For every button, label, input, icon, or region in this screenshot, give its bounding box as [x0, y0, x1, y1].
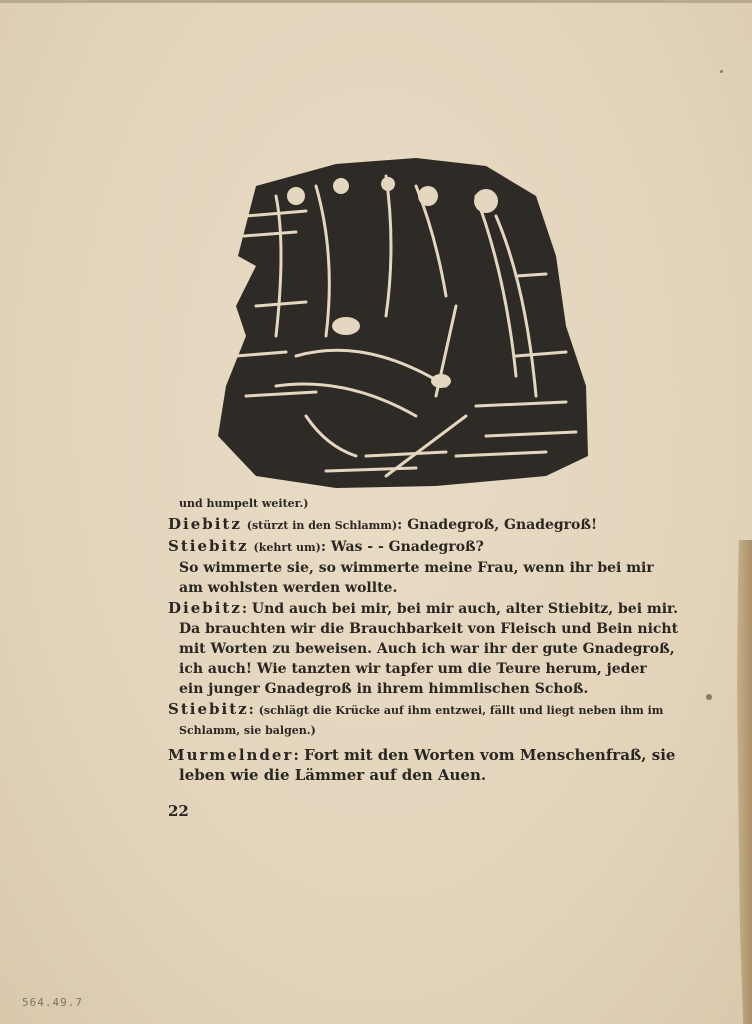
speech: : Gnadegroß, Gnadegroß! [397, 517, 597, 533]
speech-continuation: leben wie die Lämmer auf den Auen. [168, 765, 650, 785]
dialogue-line: Diebitz (stürzt in den Schlamm): Gnadegr… [168, 514, 650, 536]
page-top-edge [0, 0, 752, 3]
dialogue-line: Diebitz: Und auch bei mir, bei mir auch,… [168, 598, 650, 619]
woodcut-illustration [216, 156, 596, 494]
speech-continuation: Da brauchten wir die Brauchbarkeit von F… [168, 619, 650, 639]
speech: : Fort mit den Worten vom Menschenfraß, … [293, 746, 675, 764]
speech-continuation: ich auch! Wie tanzten wir tapfer um die … [168, 659, 650, 679]
speech-continuation: ein junger Gnadegroß in ihrem himmlische… [168, 679, 650, 699]
speech: : [249, 702, 254, 718]
speech: : Und auch bei mir, bei mir auch, alter … [242, 601, 678, 617]
foxing-spot [706, 694, 712, 700]
speaker-name: Murmelnder [168, 746, 293, 764]
stage-direction: Schlamm, sie balgen.) [168, 721, 650, 741]
torn-page-edge [730, 540, 752, 1024]
speech-continuation: So wimmerte sie, so wimmerte meine Frau,… [168, 558, 650, 578]
speech: : Was - - Gnadegroß? [321, 539, 484, 555]
dialogue-line: Stiebitz: (schlägt die Krücke auf ihm en… [168, 699, 650, 721]
dialogue-line: Murmelnder: Fort mit den Worten vom Mens… [168, 745, 650, 765]
catalog-number: 564.49.7 [22, 996, 83, 1009]
speech-continuation: am wohlsten werden wollte. [168, 578, 650, 598]
stage-direction: (stürzt in den Schlamm) [247, 519, 397, 532]
stage-direction: und humpelt weiter.) [168, 494, 650, 514]
page-number: 22 [168, 802, 189, 820]
stage-direction: (kehrt um) [254, 541, 321, 554]
speaker-name: Diebitz [168, 599, 242, 617]
stage-direction: (schlägt die Krücke auf ihm entzwei, fäl… [259, 704, 664, 717]
speaker-name: Diebitz [168, 515, 242, 533]
foxing-spot [720, 70, 723, 73]
speaker-name: Stiebitz [168, 537, 249, 555]
book-page: und humpelt weiter.) Diebitz (stürzt in … [0, 0, 752, 1024]
speaker-name: Stiebitz [168, 700, 249, 718]
speech-continuation: mit Worten zu beweisen. Auch ich war ihr… [168, 639, 650, 659]
dialogue-line: Stiebitz (kehrt um): Was - - Gnadegroß? [168, 536, 650, 558]
play-text: und humpelt weiter.) Diebitz (stürzt in … [168, 494, 650, 785]
